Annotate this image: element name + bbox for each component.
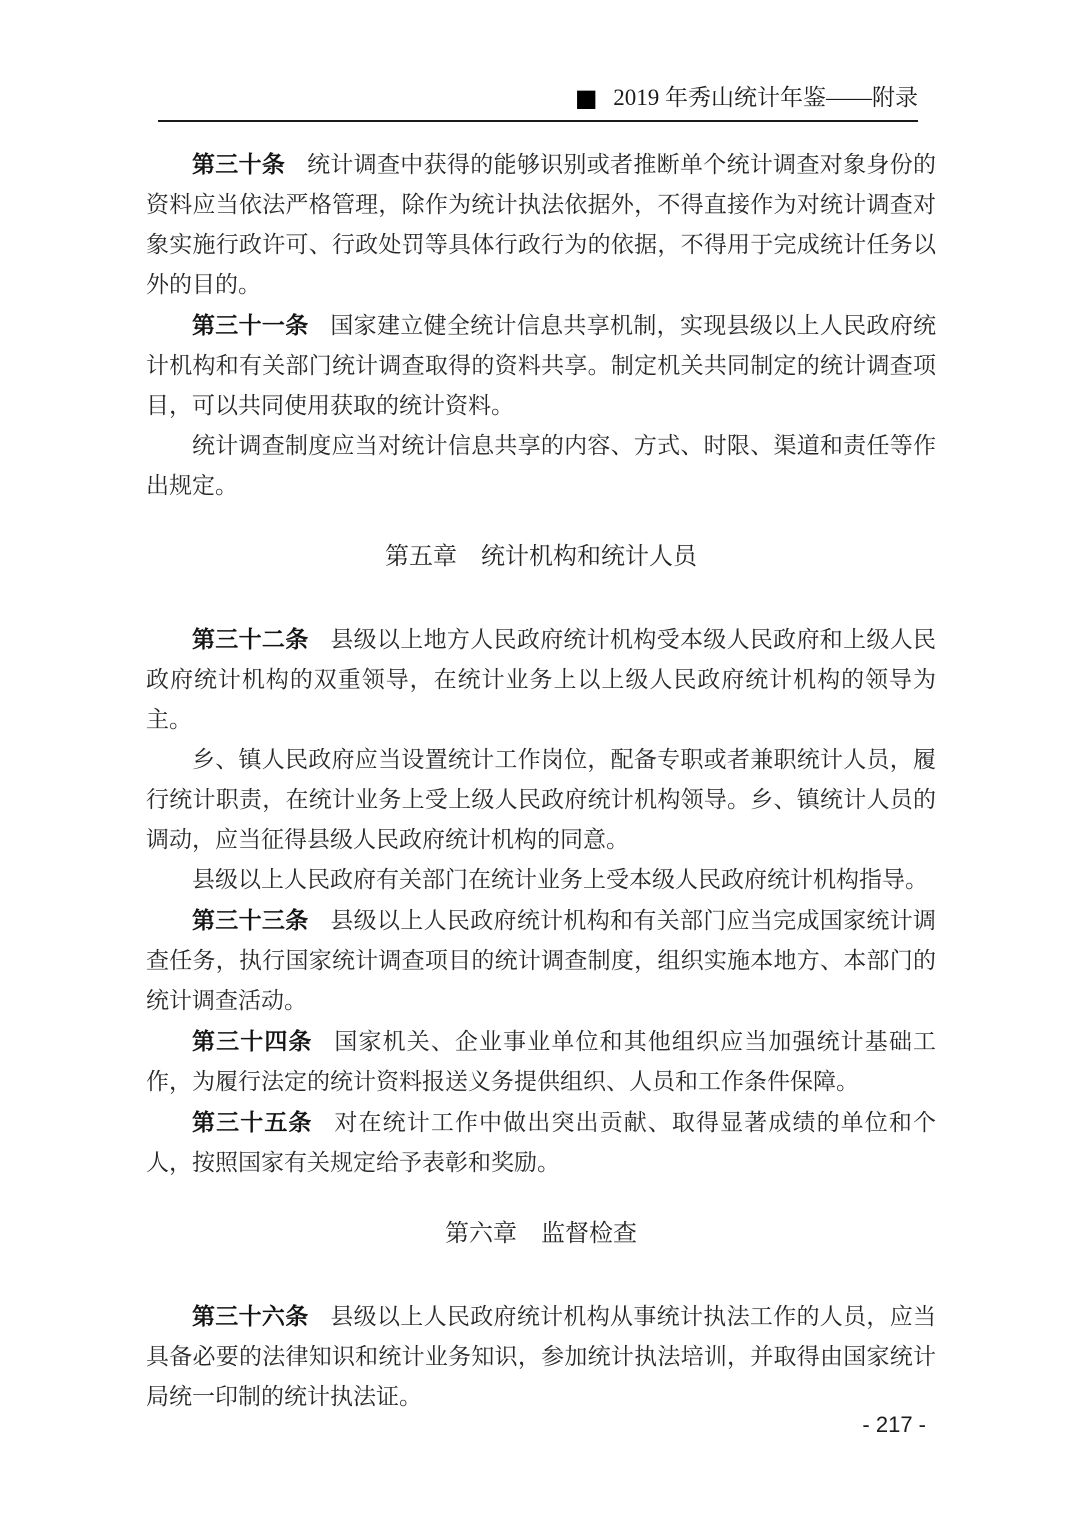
page-header: ■ 2019 年秀山统计年鉴——附录: [158, 0, 918, 122]
article-number-label: 第三十三条: [192, 907, 309, 933]
article-paragraph: 第三十四条国家机关、企业事业单位和其他组织应当加强统计基础工作，为履行法定的统计…: [146, 1021, 936, 1102]
body-paragraph: 乡、镇人民政府应当设置统计工作岗位，配备专职或者兼职统计人员，履行统计职责，在统…: [146, 740, 936, 860]
article-paragraph: 第三十一条国家建立健全统计信息共享机制，实现县级以上人民政府统计机构和有关部门统…: [146, 305, 936, 426]
article-number-label: 第三十四条: [192, 1028, 313, 1054]
paragraph-text: 统计调查制度应当对统计信息共享的内容、方式、时限、渠道和责任等作出规定。: [146, 433, 936, 498]
article-paragraph: 第三十六条县级以上人民政府统计机构从事统计执法工作的人员，应当具备必要的法律知识…: [146, 1296, 936, 1417]
header-title: 2019 年秀山统计年鉴——附录: [613, 85, 918, 110]
article-number-label: 第三十一条: [192, 312, 309, 338]
content-column: ■ 2019 年秀山统计年鉴——附录 第三十条统计调查中获得的能够识别或者推断单…: [146, 0, 936, 1417]
chapter-heading: 第五章 统计机构和统计人员: [146, 537, 936, 577]
article-paragraph: 第三十二条县级以上地方人民政府统计机构受本级人民政府和上级人民政府统计机构的双重…: [146, 619, 936, 740]
article-paragraph: 第三十三条县级以上人民政府统计机构和有关部门应当完成国家统计调查任务，执行国家统…: [146, 900, 936, 1021]
body-paragraph: 县级以上人民政府有关部门在统计业务上受本级人民政府统计机构指导。: [146, 860, 936, 900]
document-page: ■ 2019 年秀山统计年鉴——附录 第三十条统计调查中获得的能够识别或者推断单…: [0, 0, 1074, 1520]
article-number-label: 第三十五条: [192, 1109, 313, 1135]
paragraph-text: 县级以上人民政府有关部门在统计业务上受本级人民政府统计机构指导。: [192, 867, 928, 892]
page-footer: - 217 -: [862, 1410, 926, 1440]
square-bullet-icon: ■: [575, 84, 598, 112]
document-body: 第三十条统计调查中获得的能够识别或者推断单个统计调查对象身份的资料应当依法严格管…: [146, 144, 936, 1417]
article-number-label: 第三十条: [192, 151, 285, 177]
article-number-label: 第三十二条: [192, 626, 309, 652]
article-number-label: 第三十六条: [192, 1303, 309, 1329]
body-paragraph: 统计调查制度应当对统计信息共享的内容、方式、时限、渠道和责任等作出规定。: [146, 426, 936, 506]
page-number: - 217 -: [862, 1412, 926, 1437]
article-paragraph: 第三十条统计调查中获得的能够识别或者推断单个统计调查对象身份的资料应当依法严格管…: [146, 144, 936, 305]
chapter-heading: 第六章 监督检查: [146, 1214, 936, 1254]
article-paragraph: 第三十五条对在统计工作中做出突出贡献、取得显著成绩的单位和个人，按照国家有关规定…: [146, 1102, 936, 1183]
paragraph-text: 乡、镇人民政府应当设置统计工作岗位，配备专职或者兼职统计人员，履行统计职责，在统…: [146, 747, 936, 852]
